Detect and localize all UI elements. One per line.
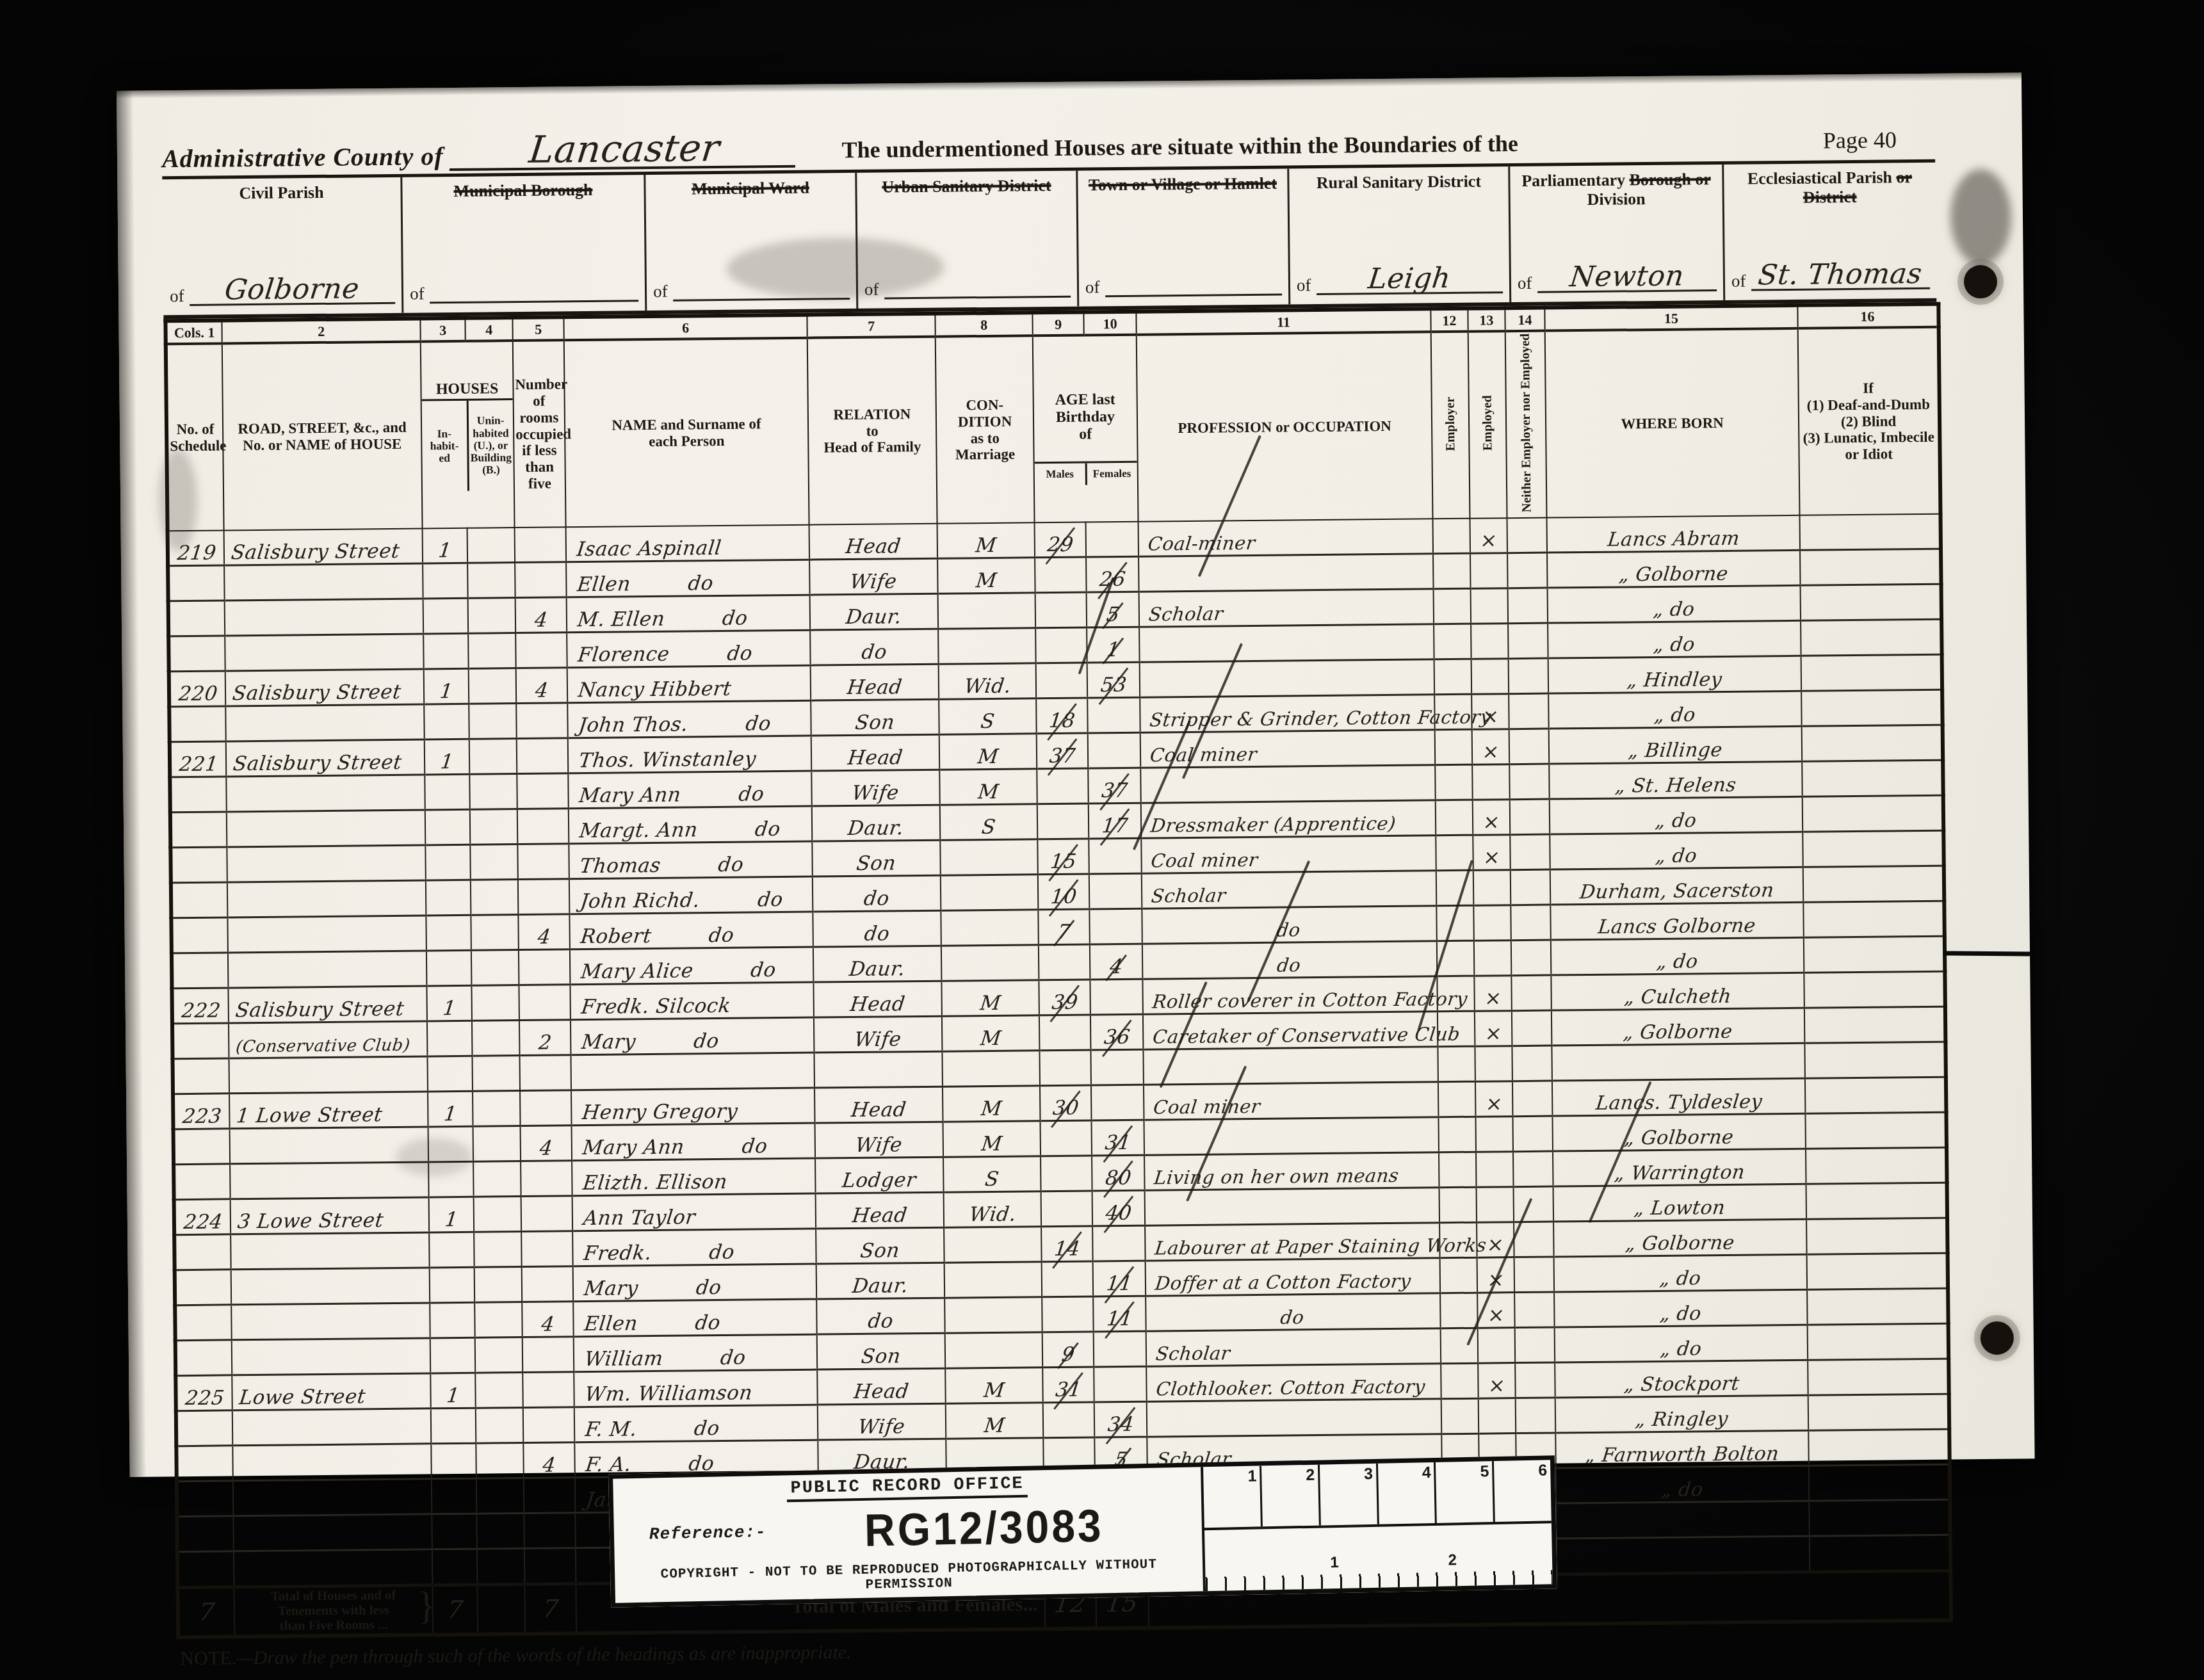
cell-rooms	[521, 1161, 572, 1197]
cell-uninh	[470, 844, 518, 880]
cell-road	[229, 1056, 428, 1094]
cell-nei	[1515, 1327, 1555, 1363]
cell-born: „ do	[1554, 1254, 1808, 1292]
cell-inf	[1801, 654, 1943, 691]
header-condition: CON- DITION as to Marriage	[936, 335, 1035, 524]
of-word: of	[1297, 275, 1311, 295]
cell-empd: ×	[1474, 976, 1512, 1012]
cell-cond	[944, 1227, 1042, 1263]
col-number-2: 2	[222, 318, 420, 343]
header-name: NAME and Surname of each Person	[564, 338, 809, 528]
ruler-cm-mark: 5	[1436, 1461, 1495, 1523]
cell-cond	[941, 945, 1039, 981]
cell-emp	[1438, 1117, 1476, 1152]
cell-occ: Coal miner	[1144, 1082, 1439, 1120]
cell-inf	[1802, 760, 1943, 796]
cell-uninh	[467, 563, 515, 599]
cell-road	[225, 634, 424, 671]
col-number-15: 15	[1544, 305, 1797, 331]
cell-inh	[429, 1232, 474, 1268]
cell-f	[1091, 1085, 1144, 1120]
cell-occ: Living on her own means	[1144, 1152, 1439, 1190]
cell-cond: M	[941, 980, 1039, 1016]
cell-uninh	[473, 1091, 521, 1127]
cell-emp	[1439, 1187, 1477, 1223]
cell-f	[1089, 909, 1142, 944]
ink-smudge	[1950, 169, 2011, 266]
cell-m: 7	[1038, 909, 1090, 945]
cell-rooms: 4	[522, 1302, 574, 1337]
cell-empd: ×	[1473, 835, 1511, 871]
cell-road	[227, 845, 426, 882]
cell-born: „ Hindley	[1548, 656, 1802, 693]
cell-road: 3 Lowe Street	[231, 1197, 430, 1234]
cell-occ: do	[1142, 941, 1438, 979]
cell-emp	[1436, 800, 1473, 836]
cell-occ: Scholar	[1146, 1329, 1441, 1366]
district-value: St. Thomas	[1751, 261, 1930, 291]
cell-f: 36	[1090, 1014, 1144, 1050]
district-box: Town or Village or Hamletof	[1078, 168, 1290, 306]
cell-inh	[431, 1443, 476, 1479]
cell-inh: 1	[425, 739, 470, 775]
cell-inf	[1806, 1183, 1948, 1219]
cell-empd	[1472, 764, 1510, 800]
census-page: Administrative County of Lancaster The u…	[117, 72, 2035, 1476]
cell-road	[227, 880, 426, 917]
cell-m	[1041, 1156, 1092, 1191]
cell-empd	[1473, 905, 1511, 941]
cell-empd	[1471, 659, 1509, 695]
cell-inf	[1803, 830, 1944, 867]
cell-inf	[1805, 1077, 1947, 1113]
cell-name: Ellendo	[566, 560, 810, 597]
cell-rooms: 4	[516, 668, 568, 704]
cell-cond: M	[942, 1015, 1040, 1051]
cell-f	[1087, 697, 1140, 733]
ruler-inch-mark: 2	[1448, 1551, 1457, 1569]
cell-occ: Dressmaker (Apprentice)	[1141, 800, 1436, 838]
cell-m: 39	[1039, 980, 1090, 1015]
cell-empd	[1471, 588, 1509, 624]
cell-rel: Wife	[814, 1016, 943, 1053]
cell-sch	[169, 706, 226, 742]
cell-f	[1088, 732, 1141, 768]
cell-f: 40	[1092, 1190, 1146, 1226]
cell-inf	[1804, 1006, 1946, 1043]
cell-uninh	[475, 1373, 523, 1409]
cell-name: Wm. Williamson	[574, 1369, 818, 1407]
cell-road: (Conservative Club)	[229, 1021, 428, 1058]
header-neither: Neither Employer nor Employed	[1505, 331, 1547, 519]
page-number: Page 40	[1823, 126, 1897, 157]
cell-name: Marydo	[573, 1264, 817, 1302]
cell-born: „ Golborne	[1552, 1113, 1806, 1151]
cell-rooms: 4	[521, 1126, 572, 1161]
cell-m: 9	[1042, 1332, 1094, 1368]
cell-born	[1556, 1501, 1810, 1539]
cell-born: Lancs Abram	[1547, 515, 1801, 553]
cell-cond: M	[943, 1086, 1041, 1122]
cell-cond: Wid.	[939, 663, 1037, 699]
cell-inf	[1809, 1499, 1950, 1536]
cell-born: „ St. Helens	[1549, 761, 1803, 799]
cell-occ: Coal-miner	[1138, 519, 1434, 557]
cell-road	[225, 599, 424, 636]
cell-cond: M	[945, 1368, 1043, 1403]
cell-rooms	[523, 1407, 575, 1443]
cell-road	[233, 1514, 432, 1551]
cell-sch	[168, 565, 225, 601]
cell-name: Fredk. Silcock	[570, 982, 814, 1020]
cell-m: 37	[1037, 733, 1089, 769]
cell-rel: do	[813, 875, 941, 912]
cell-empd	[1470, 553, 1508, 589]
scan-background: Administrative County of Lancaster The u…	[0, 0, 2204, 1680]
stamp-text-area: PUBLIC RECORD OFFICE Reference:- RG12/30…	[613, 1467, 1203, 1603]
cell-inh: 1	[430, 1373, 476, 1409]
cell-uninh	[473, 1161, 521, 1197]
cell-born: „ do	[1548, 620, 1801, 658]
cell-born: „ do	[1550, 832, 1803, 869]
cell-road: Salisbury Street	[228, 986, 427, 1023]
ruler-inch-mark: 1	[1330, 1554, 1339, 1572]
cell-sch	[176, 1446, 233, 1482]
cell-inf	[1805, 1112, 1947, 1149]
cell-rooms	[521, 1196, 573, 1232]
cell-uninh	[471, 985, 519, 1021]
cell-occ: Coal miner	[1141, 836, 1436, 873]
cell-uninh	[468, 598, 516, 634]
form-content: Administrative County of Lancaster The u…	[161, 98, 1949, 1670]
cell-rooms	[524, 1513, 576, 1549]
cell-inh	[426, 880, 471, 916]
cell-rooms	[515, 528, 567, 563]
cell-nei	[1513, 1151, 1553, 1187]
cell-uninh	[469, 774, 517, 810]
cell-name: Nancy Hibbert	[567, 665, 811, 703]
cell-inf	[1804, 936, 1945, 973]
cell-nei	[1508, 623, 1548, 659]
cell-born: „ Golborne	[1547, 550, 1801, 588]
cell-rooms	[519, 949, 571, 985]
cell-name: Fredk.do	[572, 1229, 816, 1266]
cell-sch	[171, 882, 228, 918]
cell-f	[1094, 1366, 1147, 1402]
cell-m: 14	[1041, 1226, 1093, 1262]
cell-f: 11	[1093, 1261, 1146, 1296]
cell-name: Mary Anndo	[568, 771, 812, 809]
footnote: NOTE.—Draw the pen through such of the w…	[180, 1631, 1949, 1670]
cell-empd	[1474, 941, 1512, 976]
cell-empd	[1478, 1328, 1516, 1364]
cell-emp	[1434, 588, 1471, 624]
district-label: Parliamentary Borough or Division	[1516, 170, 1716, 210]
cell-uninh	[477, 1549, 525, 1585]
cell-emp	[1436, 835, 1473, 871]
cell-sch	[177, 1481, 234, 1517]
cell-nei	[1511, 975, 1552, 1011]
cell-emp	[1438, 1046, 1475, 1082]
cell-born: „ do	[1551, 937, 1804, 975]
boundaries-title: The undermentioned Houses are situate wi…	[841, 130, 1518, 167]
cell-f	[1089, 838, 1142, 874]
pro-stamp: PUBLIC RECORD OFFICE Reference:- RG12/30…	[608, 1455, 1557, 1608]
col-number-14: 14	[1505, 308, 1544, 332]
cell-rel: Head	[811, 664, 939, 700]
cell-cond: Wid.	[944, 1191, 1042, 1227]
ruler-cm-mark: 6	[1494, 1460, 1552, 1522]
cell-nei	[1507, 553, 1548, 588]
cell-sch	[177, 1551, 234, 1588]
cell-name: Florencedo	[567, 630, 811, 668]
cell-born: „ Golborne	[1552, 1008, 1805, 1046]
cell-cond: M	[939, 734, 1037, 770]
cell-inf	[1803, 901, 1945, 937]
cell-inh	[430, 1337, 476, 1373]
header-age: AGE last Birthday of Males Females	[1033, 335, 1138, 523]
cell-m	[1035, 592, 1087, 628]
totals-schedule-mark: 7	[177, 1587, 234, 1637]
table-body: 219Salisbury Street1Isaac AspinallHeadM2…	[168, 514, 1951, 1588]
cell-road: Lowe Street	[232, 1373, 431, 1410]
cell-nei	[1512, 1116, 1553, 1152]
cell-rooms	[516, 703, 568, 739]
cell-m: 29	[1035, 522, 1087, 558]
cell-rel: Wife	[818, 1403, 946, 1440]
cell-emp	[1435, 729, 1473, 765]
cell-sch: 221	[170, 741, 227, 777]
cell-road	[234, 1549, 433, 1587]
cell-born: „ do	[1548, 585, 1801, 623]
punch-hole	[1964, 265, 1997, 298]
of-word: of	[1731, 271, 1746, 291]
cell-name: Williamdo	[574, 1334, 818, 1372]
cell-road: 1 Lowe Street	[229, 1092, 428, 1129]
cell-m: 18	[1036, 698, 1088, 734]
cell-rooms	[522, 1266, 574, 1302]
cell-empd	[1475, 1117, 1513, 1152]
cell-rel: Daur.	[816, 1263, 945, 1299]
cell-inh	[423, 563, 468, 599]
header-road: ROAD, STREET, &c., and No. or NAME of HO…	[222, 341, 423, 530]
stamp-ruler: 123456 12	[1201, 1460, 1552, 1591]
cell-empd: ×	[1472, 729, 1510, 765]
col-number-10: 10	[1083, 312, 1136, 335]
cell-uninh	[476, 1443, 524, 1479]
cell-name: F. M.do	[574, 1405, 818, 1442]
margin-mark	[1943, 951, 2030, 956]
cell-inf	[1806, 1218, 1948, 1254]
cell-inf	[1810, 1535, 1951, 1572]
cell-nei	[1511, 869, 1551, 905]
cell-uninh	[474, 1302, 523, 1338]
cell-rel: Head	[811, 734, 940, 771]
cell-uninh	[470, 809, 518, 845]
cell-inh: 1	[426, 985, 472, 1021]
cell-occ	[1143, 1047, 1438, 1085]
cell-born: „ Billinge	[1549, 726, 1803, 764]
header-infirmity: If (1) Deaf-and-Dumb (2) Blind (3) Lunat…	[1798, 327, 1941, 515]
cell-sch	[176, 1410, 233, 1446]
col-number-5: 5	[512, 317, 563, 341]
cell-occ: Labourer at Paper Staining Works	[1145, 1223, 1440, 1261]
cell-road: Salisbury Street	[226, 739, 425, 777]
cell-empd	[1473, 870, 1511, 906]
cell-sch	[173, 1058, 230, 1094]
cell-rooms	[517, 844, 569, 880]
ruler-cm-mark: 4	[1378, 1462, 1438, 1524]
cell-emp	[1440, 1257, 1478, 1293]
col-number-16: 16	[1797, 304, 1938, 328]
cell-name: Marydo	[571, 1017, 814, 1055]
cell-cond	[944, 1297, 1042, 1333]
cell-empd	[1475, 1046, 1512, 1082]
cell-cond: M	[943, 1121, 1041, 1157]
cell-road	[226, 775, 425, 812]
cell-occ: Roller coverer in Cotton Factory	[1142, 976, 1438, 1014]
cell-uninh	[475, 1337, 523, 1373]
cell-road	[224, 563, 423, 601]
cell-sch	[175, 1340, 232, 1376]
cell-sch: 220	[169, 671, 226, 707]
cell-road: Salisbury Street	[225, 669, 425, 706]
cell-rel: Wife	[811, 770, 940, 806]
cell-inf	[1801, 584, 1942, 620]
cell-rooms	[521, 1231, 573, 1267]
district-value: Newton	[1537, 262, 1717, 293]
cell-f: 17	[1089, 803, 1142, 839]
cell-nei	[1508, 588, 1548, 624]
cell-inf	[1799, 514, 1941, 551]
of-word: of	[1085, 277, 1100, 297]
cell-rel: Daur.	[813, 946, 942, 982]
cell-empd	[1479, 1398, 1516, 1434]
cell-road	[227, 810, 426, 847]
cell-empd: ×	[1473, 800, 1511, 836]
cell-uninh	[468, 633, 516, 669]
cell-inh	[431, 1408, 476, 1444]
cell-inf	[1808, 1359, 1949, 1395]
cell-nei	[1514, 1292, 1555, 1328]
cell-rooms	[523, 1337, 574, 1373]
cell-born: Durham, Sacerston	[1550, 867, 1804, 905]
cell-inf	[1809, 1464, 1950, 1501]
cell-m	[1042, 1261, 1094, 1297]
cell-nei	[1512, 1010, 1552, 1046]
district-value	[1105, 294, 1283, 298]
cell-m	[1039, 1015, 1091, 1051]
cell-occ: Caretaker of Conservative Club	[1143, 1012, 1438, 1049]
cell-f	[1090, 979, 1143, 1015]
cell-f	[1094, 1331, 1147, 1367]
cell-sch	[174, 1234, 231, 1270]
cell-nei	[1514, 1257, 1555, 1293]
cell-inh	[430, 1302, 475, 1338]
cell-rel: Wife	[809, 558, 938, 595]
cell-m	[1043, 1402, 1095, 1438]
totals-houses-label: Total of Houses and of Tenements with le…	[234, 1585, 433, 1636]
cell-born: „ Culcheth	[1551, 973, 1804, 1010]
cell-uninh	[476, 1408, 524, 1444]
cell-uninh	[469, 668, 517, 704]
cell-empd: ×	[1475, 1081, 1513, 1117]
district-value	[430, 300, 639, 303]
header-employer: Employer	[1431, 332, 1470, 519]
totals-rooms: 7	[524, 1584, 576, 1634]
cell-emp	[1439, 1152, 1477, 1188]
cell-inh	[425, 844, 471, 880]
cell-rooms: 4	[515, 597, 567, 633]
cell-inf	[1807, 1253, 1949, 1289]
cell-sch: 225	[175, 1375, 232, 1411]
district-label: Rural Sanitary District	[1295, 172, 1502, 193]
of-word: of	[1518, 273, 1532, 293]
cell-m	[1037, 768, 1089, 804]
cell-nei	[1512, 1081, 1553, 1117]
district-label: Civil Parish	[168, 182, 394, 204]
cell-sch	[168, 636, 225, 672]
cell-rel: do	[810, 629, 939, 665]
cell-inf	[1807, 1288, 1949, 1325]
col-number-3: 3	[420, 318, 465, 342]
header-occupation: PROFESSION or OCCUPATION	[1137, 332, 1433, 522]
district-label: Ecclesiastical Parish or District	[1730, 168, 1929, 208]
cell-inh: 1	[429, 1197, 474, 1232]
cell-sch	[168, 601, 225, 636]
cell-occ: Stripper & Grinder, Cotton Factory	[1140, 695, 1435, 732]
cell-m: 10	[1038, 874, 1090, 910]
cell-inf	[1801, 690, 1943, 726]
cell-nei	[1511, 940, 1552, 976]
cell-inf	[1801, 619, 1942, 656]
cell-road	[232, 1409, 432, 1446]
cell-cond	[944, 1262, 1042, 1298]
header-houses: HOUSES In- habit- ed Unin- habited (U.),…	[421, 341, 515, 529]
cell-empd: ×	[1478, 1363, 1516, 1399]
census-table: Cols. 12345678910111213141516 No. of Sch…	[163, 302, 1953, 1640]
cell-rel: Head	[809, 524, 938, 560]
cell-cond	[938, 628, 1036, 664]
cell-empd: ×	[1477, 1257, 1515, 1293]
cell-nei	[1515, 1362, 1555, 1398]
cell-inf	[1804, 971, 1945, 1008]
cell-name: Mary Anndo	[572, 1123, 816, 1161]
of-word: of	[653, 282, 668, 302]
cell-m: 15	[1037, 839, 1089, 875]
cell-uninh	[473, 1126, 521, 1162]
cell-born: „ Farnworth Bolton	[1555, 1430, 1809, 1468]
cell-name: Mary Alicedo	[570, 947, 814, 985]
cell-name: Elizth. Ellison	[572, 1158, 816, 1196]
cell-cond: M	[946, 1403, 1044, 1439]
cell-name: M. Ellendo	[567, 595, 811, 633]
cell-rel: Wife	[815, 1122, 944, 1158]
district-box: Municipal Boroughof	[402, 175, 647, 313]
cell-emp	[1435, 764, 1473, 800]
cell-cond: S	[939, 699, 1037, 734]
cell-inh	[427, 1056, 473, 1092]
cell-rooms	[515, 633, 567, 668]
cell-occ: Doffer at a Cotton Factory	[1146, 1258, 1441, 1296]
cell-rooms	[524, 1478, 576, 1514]
cell-road	[231, 1232, 430, 1270]
cell-road	[231, 1303, 430, 1340]
district-label: Town or Village or Hamlet	[1084, 174, 1281, 195]
cell-rooms	[517, 738, 569, 774]
cell-rooms	[519, 1055, 571, 1091]
cell-occ: do	[1146, 1293, 1441, 1331]
